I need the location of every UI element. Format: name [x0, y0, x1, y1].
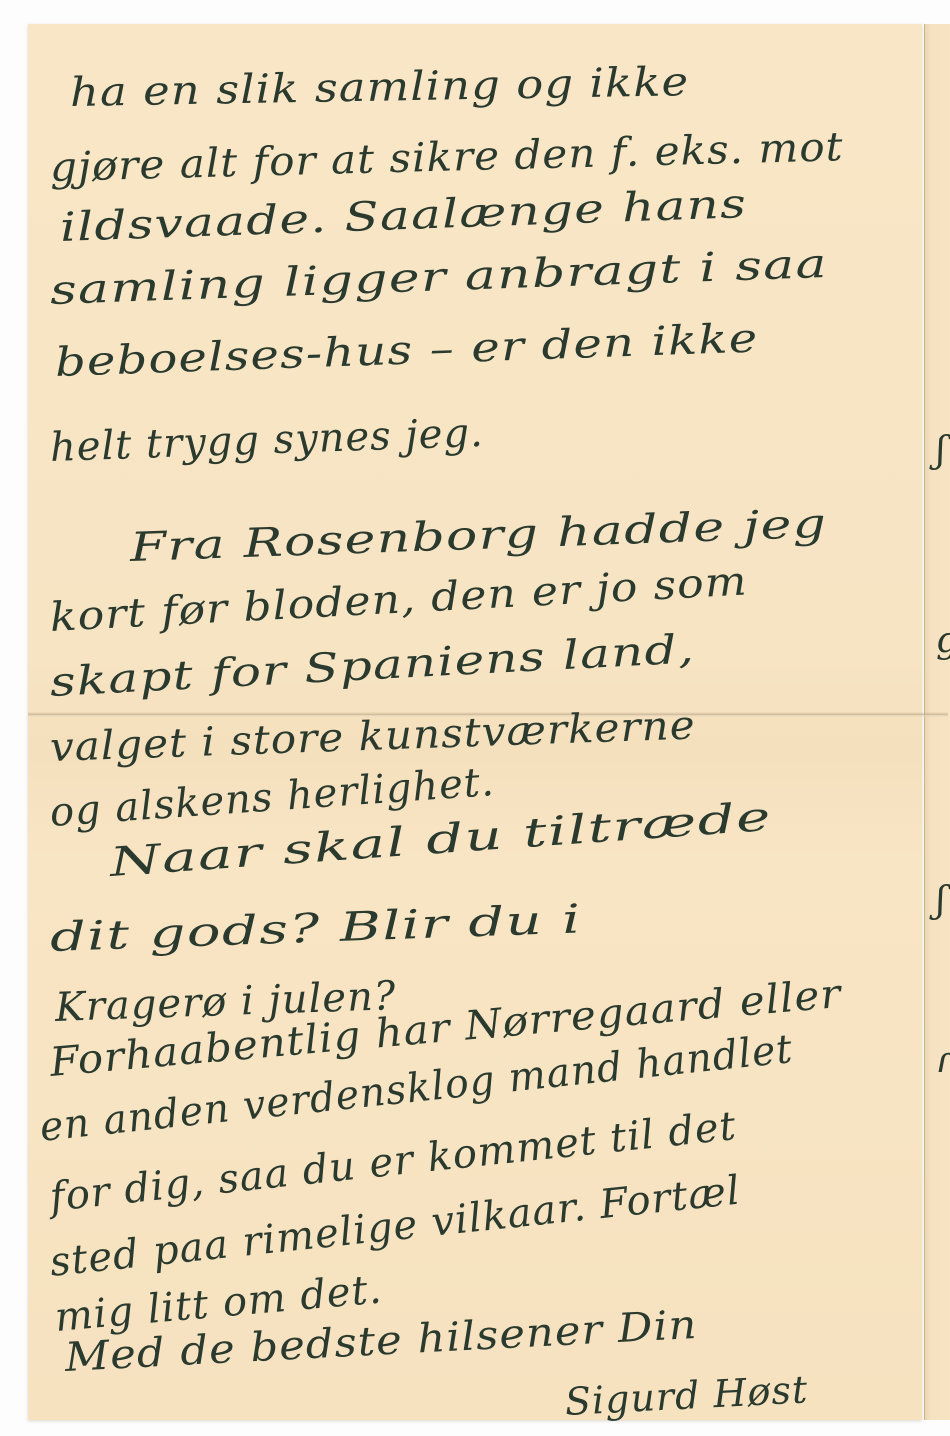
adjacent-page-handwriting: ʃ: [936, 430, 946, 471]
adjacent-page-handwriting: ɡ: [936, 620, 950, 661]
adjacent-page-edge: [924, 24, 950, 1420]
adjacent-page-handwriting: ɾ: [936, 1040, 950, 1081]
adjacent-page-handwriting: ʃ: [936, 880, 946, 921]
